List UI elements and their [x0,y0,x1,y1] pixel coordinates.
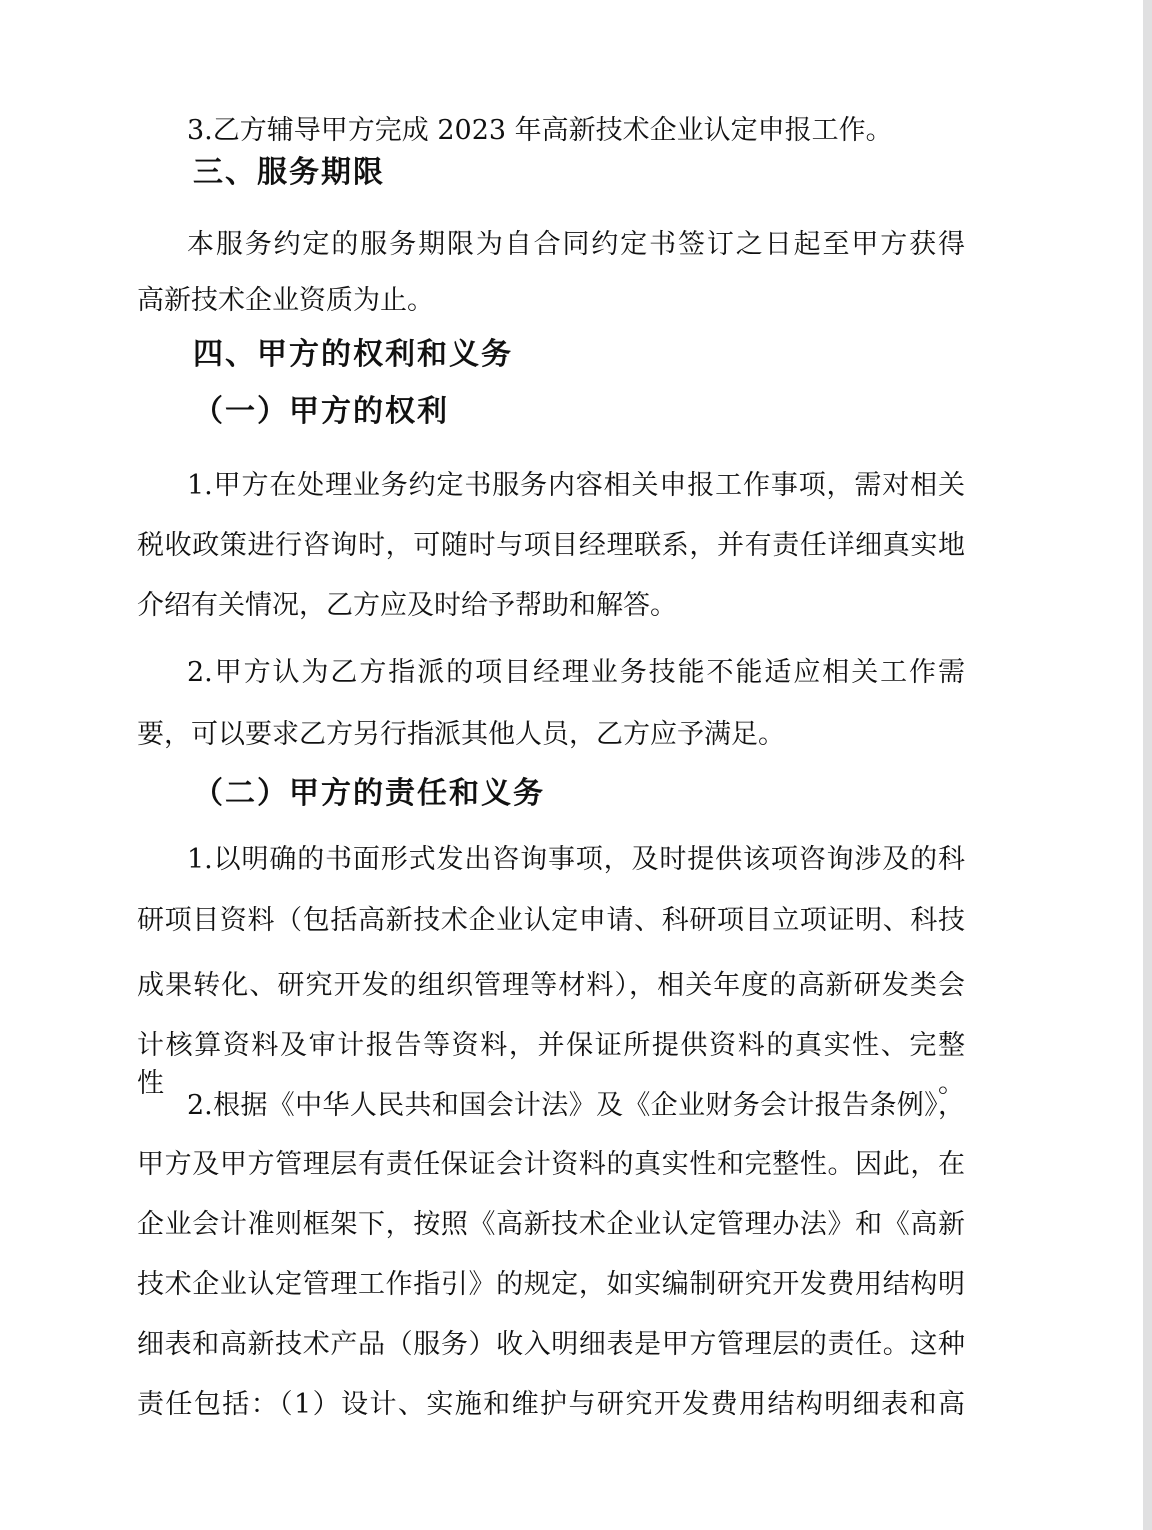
text-line: 技术企业认定管理工作指引》的规定，如实编制研究开发费用结构明 [137,1266,965,1304]
text-line: 介绍有关情况，乙方应及时给予帮助和解答。 [137,587,965,625]
text-line: 税收政策进行咨询时，可随时与项目经理联系，并有责任详细真实地 [137,527,965,565]
text-line: 要，可以要求乙方另行指派其他人员，乙方应予满足。 [137,716,965,754]
text-line: 高新技术企业资质为止。 [137,282,965,320]
text-line: 成果转化、研究开发的组织管理等材料），相关年度的高新研发类会 [137,967,965,1005]
text-line: 1.甲方在处理业务约定书服务内容相关申报工作事项，需对相关 [137,467,965,505]
text-line: 研项目资料（包括高新技术企业认定申请、科研项目立项证明、科技 [137,902,965,940]
text-line: 2.根据《中华人民共和国会计法》及《企业财务会计报告条例》， [137,1087,965,1125]
document-page: 3.乙方辅导甲方完成 2023 年高新技术企业认定申报工作。三、服务期限本服务约… [0,0,1152,1530]
text-line: 2.甲方认为乙方指派的项目经理业务技能不能适应相关工作需 [137,654,965,692]
text-line: 1.以明确的书面形式发出咨询事项，及时提供该项咨询涉及的科 [137,841,965,879]
heading-line: （二）甲方的责任和义务 [137,775,965,813]
text-line: 甲方及甲方管理层有责任保证会计资料的真实性和完整性。因此，在 [137,1146,965,1184]
text-line: 细表和高新技术产品（服务）收入明细表是甲方管理层的责任。这种 [137,1326,965,1364]
text-line: 责任包括：（1）设计、实施和维护与研究开发费用结构明细表和高 [137,1386,965,1424]
text-line: 企业会计准则框架下，按照《高新技术企业认定管理办法》和《高新 [137,1206,965,1244]
text-line: 3.乙方辅导甲方完成 2023 年高新技术企业认定申报工作。 [137,112,965,150]
heading-line: 三、服务期限 [137,154,965,192]
heading-line: （一）甲方的权利 [137,393,965,431]
heading-line: 四、甲方的权利和义务 [137,336,965,374]
text-line: 本服务约定的服务期限为自合同约定书签订之日起至甲方获得 [137,226,965,264]
page-right-edge-strip [1143,0,1152,1530]
